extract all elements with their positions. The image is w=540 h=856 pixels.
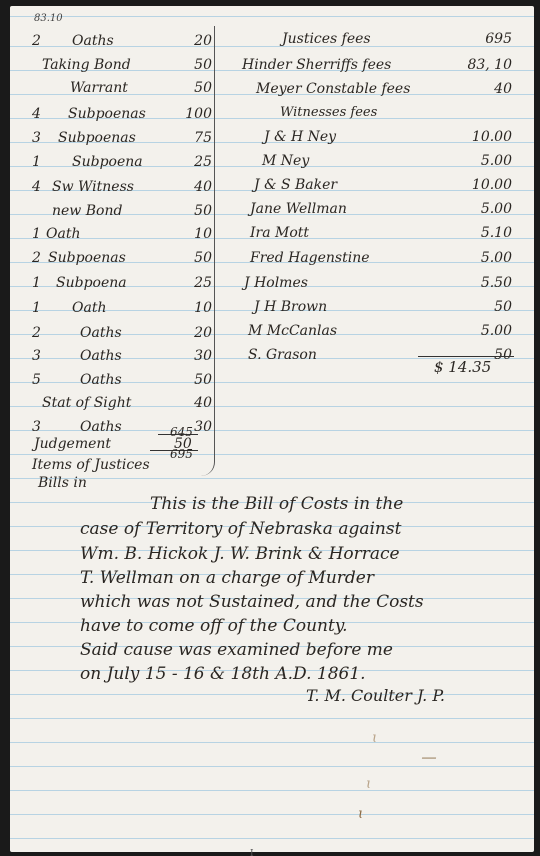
bleed-through-mark: ɩ [366, 776, 372, 792]
bleed-through-mark: ɩ [358, 806, 364, 822]
ledger-item: Oaths [80, 373, 122, 387]
witness-name: Jane Wellman [250, 202, 347, 216]
page-mark: I [250, 849, 254, 856]
ledger-row: Taking Bond50 [32, 58, 212, 80]
ledger-item: Oaths [80, 326, 122, 340]
ledger-page: 83.10 2Oaths20 Taking Bond50 Warrant50 4… [10, 6, 534, 852]
fee-name: Meyer Constable fees [256, 82, 410, 96]
witness-row: Jane Wellman5.00 [242, 202, 532, 224]
ledger-item: Oath [72, 301, 106, 315]
ledger-row: 1Oath10 [32, 227, 212, 249]
witness-name: M Ney [262, 154, 309, 168]
ledger-item: Sw Witness [52, 180, 134, 194]
bleed-through-mark: ― [422, 750, 436, 766]
fee-name: Justices fees [282, 32, 371, 46]
fee-name: Hinder Sherriffs fees [242, 58, 391, 72]
ledger-item: Oath [46, 227, 80, 241]
witness-amount: 10.00 [472, 178, 512, 192]
statement-line: have to come off of the County. [80, 618, 348, 635]
witness-name: Fred Hagenstine [250, 251, 370, 265]
ledger-item: Subpoena [72, 155, 143, 169]
fee-amount: 40 [494, 82, 512, 96]
ledger-qty: 1 [32, 276, 41, 290]
witness-row: M Ney5.00 [242, 154, 532, 176]
corner-note: 83.10 [34, 14, 63, 24]
ledger-qty: 5 [32, 373, 41, 387]
fee-row: Justices fees695 [242, 32, 532, 54]
ledger-row: 4Sw Witness40 [32, 180, 212, 202]
witness-row: J & S Baker10.00 [242, 178, 532, 200]
signature: T. M. Coulter J. P. [306, 688, 445, 704]
ledger-row: 2Oaths20 [32, 326, 212, 348]
ledger-item: Taking Bond [42, 58, 131, 72]
witness-name: M McCanlas [248, 324, 337, 338]
ledger-item: Oaths [80, 349, 122, 363]
left-total: 695 [170, 448, 193, 460]
ledger-item: Oaths [72, 34, 114, 48]
witness-row: M McCanlas5.00 [242, 324, 532, 346]
grand-total: $ 14.35 [434, 360, 491, 375]
ledger-item: new Bond [52, 204, 122, 218]
witness-row: J & H Ney10.00 [242, 130, 532, 152]
ledger-row: 1Oath10 [32, 301, 212, 323]
ledger-qty: 4 [32, 180, 41, 194]
ledger-row: Stat of Sight40 [32, 396, 212, 418]
witness-row: J H Brown50 [242, 300, 532, 322]
ledger-row: 1Subpoena25 [32, 276, 212, 298]
ledger-qty: 1 [32, 227, 41, 241]
ledger-qty: 4 [32, 107, 41, 121]
fee-row: Meyer Constable fees40 [242, 82, 532, 104]
statement-line: Said cause was examined before me [80, 642, 393, 659]
ledger-qty: 1 [32, 301, 41, 315]
ledger-row: Warrant50 [32, 81, 212, 103]
witness-name: J H Brown [254, 300, 327, 314]
witness-name: J Holmes [244, 276, 308, 290]
grand-total-rule [418, 356, 514, 357]
statement-line: which was not Sustained, and the Costs [80, 594, 424, 611]
witness-name: J & S Baker [254, 178, 337, 192]
ledger-item: Oaths [80, 420, 122, 434]
fee-amount: 83, 10 [467, 58, 512, 72]
witness-row: Fred Hagenstine5.00 [242, 251, 532, 273]
witness-amount: 5.00 [481, 251, 512, 265]
statement-line: This is the Bill of Costs in the [150, 496, 403, 513]
witness-amount: 5.50 [481, 276, 512, 290]
bleed-through-mark: ɩ [372, 730, 378, 746]
ledger-row: 3Oaths30 [32, 349, 212, 371]
witnesses-heading: Witnesses fees [280, 106, 377, 119]
witness-row: J Holmes5.50 [242, 276, 532, 298]
column-divider [198, 26, 215, 476]
ledger-row: 2Subpoenas50 [32, 251, 212, 273]
witness-name: S. Grason [248, 348, 317, 362]
witness-amount: 10.00 [472, 130, 512, 144]
ledger-item: Warrant [70, 81, 128, 95]
statement-line: case of Territory of Nebraska against [80, 521, 401, 538]
fee-amount: 695 [485, 32, 512, 46]
witness-amount: 5.10 [481, 226, 512, 240]
ledger-row: 5Oaths50 [32, 373, 212, 395]
ledger-item: Subpoenas [68, 107, 146, 121]
fee-row: Hinder Sherriffs fees83, 10 [242, 58, 532, 80]
ledger-row: 4Subpoenas100 [32, 107, 212, 129]
left-footer-line: Bills in [38, 476, 87, 490]
witness-amount: 5.00 [481, 202, 512, 216]
ledger-row: new Bond50 [32, 204, 212, 226]
witness-name: J & H Ney [264, 130, 336, 144]
ledger-qty: 2 [32, 34, 41, 48]
ledger-row: 2Oaths20 [32, 34, 212, 56]
ledger-item: Stat of Sight [42, 396, 131, 410]
witness-amount: 50 [494, 348, 512, 362]
ledger-qty: 2 [32, 326, 41, 340]
witness-amount: 5.00 [481, 324, 512, 338]
ledger-row: 3Subpoenas75 [32, 131, 212, 153]
statement-line: T. Wellman on a charge of Murder [80, 570, 374, 587]
witness-amount: 50 [494, 300, 512, 314]
ledger-qty: 2 [32, 251, 41, 265]
witness-amount: 5.00 [481, 154, 512, 168]
statement-line: Wm. B. Hickok J. W. Brink & Horrace [80, 546, 400, 563]
judgement-label: Judgement [34, 437, 111, 451]
witness-row: Ira Mott5.10 [242, 226, 532, 248]
statement-line: on July 15 - 16 & 18th A.D. 1861. [80, 666, 366, 683]
ledger-item: Subpoenas [58, 131, 136, 145]
ledger-qty: 1 [32, 155, 41, 169]
left-footer-line: Items of Justices [32, 458, 150, 472]
ledger-qty: 3 [32, 131, 41, 145]
ledger-row: 1Subpoena25 [32, 155, 212, 177]
ledger-item: Subpoena [56, 276, 127, 290]
ledger-qty: 3 [32, 420, 41, 434]
witness-name: Ira Mott [250, 226, 309, 240]
ledger-qty: 3 [32, 349, 41, 363]
ledger-item: Subpoenas [48, 251, 126, 265]
